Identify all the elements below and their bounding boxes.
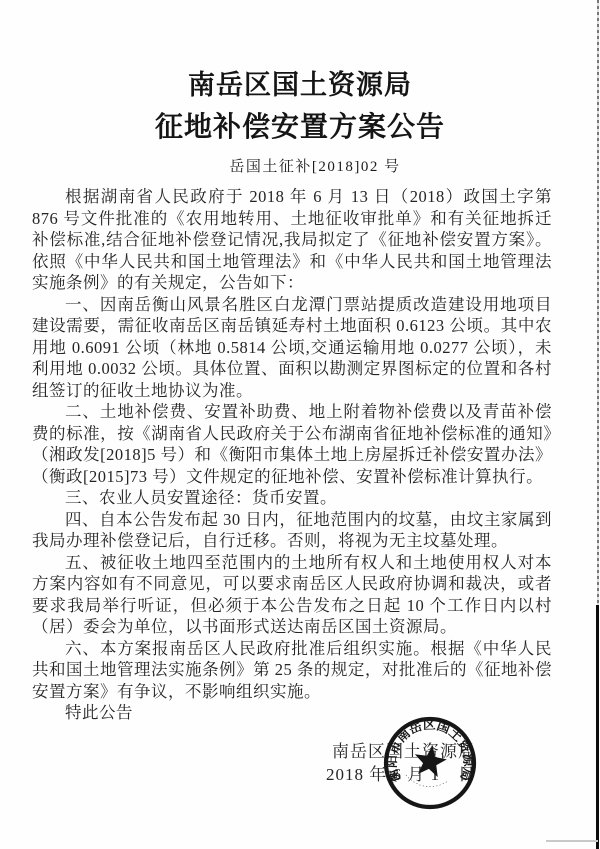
- scan-edge-artifact: [597, 0, 599, 615]
- seal-code-text: ··············: [402, 773, 450, 790]
- svg-text:··············: ··············: [402, 773, 450, 790]
- signature-block: 南岳区国土资源局 2018 年 6 月 1 日: [0, 740, 600, 786]
- document-heading: 南岳区国土资源局 征地补偿安置方案公告 岳国土征补[2018]02 号: [0, 70, 600, 176]
- body-paragraph-4: 三、农业人员安置途径：货币安置。: [32, 487, 552, 509]
- title-line-1: 南岳区国土资源局: [0, 70, 600, 101]
- body-paragraph-1: 根据湖南省人民政府于 2018 年 6 月 13 日（2018）政国土字第 87…: [32, 186, 552, 294]
- scanned-document-page: 南岳区国土资源局 征地补偿安置方案公告 岳国土征补[2018]02 号 根据湖南…: [0, 0, 600, 849]
- body-paragraph-7: 六、本方案报南岳区人民政府批准后组织实施。根据《中华人民共和国土地管理法实施条例…: [32, 638, 552, 703]
- body-paragraph-5: 四、自本公告发布起 30 日内，征地范围内的坟墓，由坟主家属到我局办理补偿登记后…: [32, 509, 552, 552]
- body-paragraph-3: 二、土地补偿费、安置补助费、地上附着物补偿费以及青苗补偿费的标准，按《湖南省人民…: [32, 401, 552, 487]
- scan-corner-artifact: [546, 840, 598, 842]
- official-seal: 衡阳市南岳区国土资源局 ··············: [370, 703, 490, 823]
- seal-star-icon: [412, 743, 449, 778]
- body-paragraph-6: 五、被征收土地四至范围内的土地所有权人和土地使用权人对本方案内容如有不同意见，可…: [32, 552, 552, 638]
- document-body: 根据湖南省人民政府于 2018 年 6 月 13 日（2018）政国土字第 87…: [32, 186, 552, 724]
- document-number: 岳国土征补[2018]02 号: [15, 155, 600, 176]
- title-line-2: 征地补偿安置方案公告: [0, 112, 600, 143]
- scan-edge-artifact-solid: [596, 605, 599, 849]
- body-paragraph-2: 一、因南岳衡山风景名胜区白龙潭门票站提质改造建设用地项目建设需要，需征收南岳区南…: [32, 294, 552, 402]
